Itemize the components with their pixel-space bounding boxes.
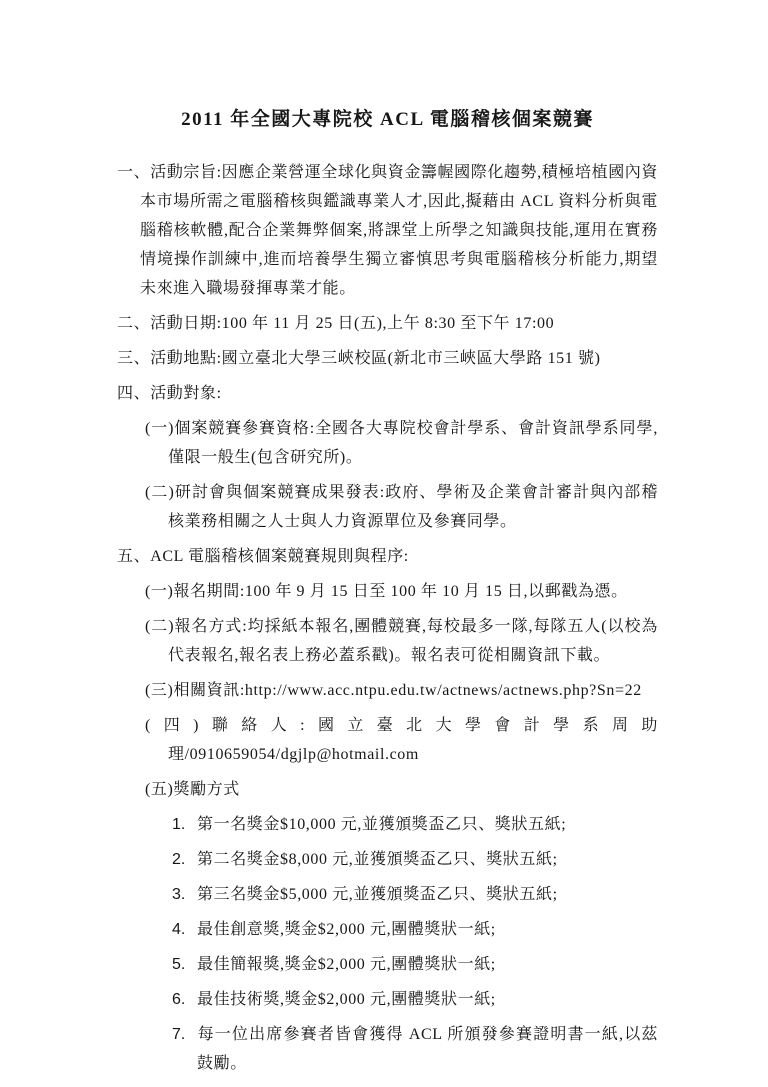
section-rules: 五、ACL 電腦稽核個案競賽規則與程序: bbox=[117, 542, 658, 571]
subitem-info-url: (三)相關資訊:http://www.acc.ntpu.edu.tw/actne… bbox=[145, 676, 658, 705]
award-text: 第三名獎金$5,000 元,並獲頒獎盃乙只、獎狀五紙; bbox=[197, 886, 558, 903]
award-item-third-prize: 3.第三名獎金$5,000 元,並獲頒獎盃乙只、獎狀五紙; bbox=[172, 880, 658, 909]
subitem-text: 相關資訊:http://www.acc.ntpu.edu.tw/actnews/… bbox=[173, 682, 641, 699]
section-date: 二、活動日期:100 年 11 月 25 日(五),上午 8:30 至下午 17… bbox=[117, 309, 658, 338]
document-title: 2011 年全國大專院校 ACL 電腦稽核個案競賽 bbox=[117, 106, 658, 134]
section-text: 活動地點:國立臺北大學三峽校區(新北市三峽區大學路 151 號) bbox=[150, 350, 600, 367]
subitem-text: 報名方式:均採紙本報名,團體競賽,每校最多一隊,每隊五人(以校為代表報名,報名表… bbox=[168, 618, 658, 664]
subitem-seminar-audience: (二)研討會與個案競賽成果發表:政府、學術及企業會計審計與內部稽核業務相關之人士… bbox=[145, 478, 658, 536]
award-number: 2. bbox=[172, 845, 189, 874]
subitem-text: 研討會與個案競賽成果發表:政府、學術及企業會計審計與內部稽核業務相關之人士與人力… bbox=[168, 484, 658, 530]
award-item-technical: 6.最佳技術獎,獎金$2,000 元,團體獎狀一紙; bbox=[172, 985, 658, 1014]
subitem-text: 報名期間:100 年 9 月 15 日至 100 年 10 月 15 日,以郵戳… bbox=[173, 583, 627, 600]
section-text: ACL 電腦稽核個案競賽規則與程序: bbox=[150, 548, 409, 565]
award-number: 6. bbox=[172, 985, 189, 1014]
award-item-presentation: 5.最佳簡報獎,獎金$2,000 元,團體獎狀一紙; bbox=[172, 950, 658, 979]
document-page: 2011 年全國大專院校 ACL 電腦稽核個案競賽 一、活動宗旨:因應企業營運全… bbox=[0, 0, 768, 1087]
section-label: 三、 bbox=[117, 350, 150, 367]
award-item-second-prize: 2.第二名獎金$8,000 元,並獲頒獎盃乙只、獎狀五紙; bbox=[172, 845, 658, 874]
subitem-registration-period: (一)報名期間:100 年 9 月 15 日至 100 年 10 月 15 日,… bbox=[145, 577, 658, 606]
subitem-eligibility: (一)個案競賽參賽資格:全國各大專院校會計學系、會計資訊學系同學,僅限一般生(包… bbox=[145, 414, 658, 472]
award-number: 3. bbox=[172, 880, 189, 909]
section-purpose: 一、活動宗旨:因應企業營運全球化與資金籌幄國際化趨勢,積極培植國內資本市場所需之… bbox=[117, 158, 658, 303]
subitem-contact: (四)聯絡人:國立臺北大學會計學系周助理/0910659054/dgjlp@ho… bbox=[145, 711, 658, 769]
subitem-awards-heading: (五)獎勵方式 bbox=[145, 775, 658, 804]
section-label: 二、 bbox=[117, 315, 150, 332]
award-text: 第二名獎金$8,000 元,並獲頒獎盃乙只、獎狀五紙; bbox=[197, 851, 558, 868]
award-text: 第一名獎金$10,000 元,並獲頒獎盃乙只、獎狀五紙; bbox=[197, 816, 566, 833]
section-text: 活動宗旨:因應企業營運全球化與資金籌幄國際化趨勢,積極培植國內資本市場所需之電腦… bbox=[140, 164, 658, 297]
subitem-registration-method: (二)報名方式:均採紙本報名,團體競賽,每校最多一隊,每隊五人(以校為代表報名,… bbox=[145, 612, 658, 670]
award-number: 4. bbox=[172, 915, 189, 944]
subitem-label: (一) bbox=[145, 583, 173, 600]
subitem-label: (三) bbox=[145, 682, 173, 699]
subitem-text: 獎勵方式 bbox=[173, 781, 239, 798]
award-number: 5. bbox=[172, 950, 189, 979]
section-label: 一、 bbox=[117, 164, 150, 181]
subitem-text: 個案競賽參賽資格:全國各大專院校會計學系、會計資訊學系同學,僅限一般生(包含研究… bbox=[168, 420, 658, 466]
section-location: 三、活動地點:國立臺北大學三峽校區(新北市三峽區大學路 151 號) bbox=[117, 344, 658, 373]
award-text: 每一位出席參賽者皆會獲得 ACL 所頒發參賽證明書一紙,以茲鼓勵。 bbox=[197, 1026, 658, 1072]
subitem-label: (一) bbox=[145, 420, 174, 437]
subitem-label: (五) bbox=[145, 781, 173, 798]
subitem-text: 聯絡人:國立臺北大學會計學系周助理/0910659054/dgjlp@hotma… bbox=[168, 717, 658, 763]
section-label: 四、 bbox=[117, 385, 150, 402]
section-text: 活動日期:100 年 11 月 25 日(五),上午 8:30 至下午 17:0… bbox=[150, 315, 554, 332]
section-audience: 四、活動對象: bbox=[117, 379, 658, 408]
award-item-creativity: 4.最佳創意獎,獎金$2,000 元,團體獎狀一紙; bbox=[172, 915, 658, 944]
award-item-participation-certificate: 7.每一位出席參賽者皆會獲得 ACL 所頒發參賽證明書一紙,以茲鼓勵。 bbox=[172, 1020, 658, 1078]
award-number: 1. bbox=[172, 810, 189, 839]
subitem-label: (四) bbox=[145, 717, 199, 734]
award-item-first-prize: 1.第一名獎金$10,000 元,並獲頒獎盃乙只、獎狀五紙; bbox=[172, 810, 658, 839]
award-text: 最佳創意獎,獎金$2,000 元,團體獎狀一紙; bbox=[197, 921, 496, 938]
award-text: 最佳技術獎,獎金$2,000 元,團體獎狀一紙; bbox=[197, 991, 496, 1008]
award-number: 7. bbox=[172, 1020, 189, 1049]
subitem-label: (二) bbox=[145, 484, 174, 501]
section-label: 五、 bbox=[117, 548, 150, 565]
subitem-label: (二) bbox=[145, 618, 174, 635]
award-text: 最佳簡報獎,獎金$2,000 元,團體獎狀一紙; bbox=[197, 956, 496, 973]
section-text: 活動對象: bbox=[150, 385, 221, 402]
